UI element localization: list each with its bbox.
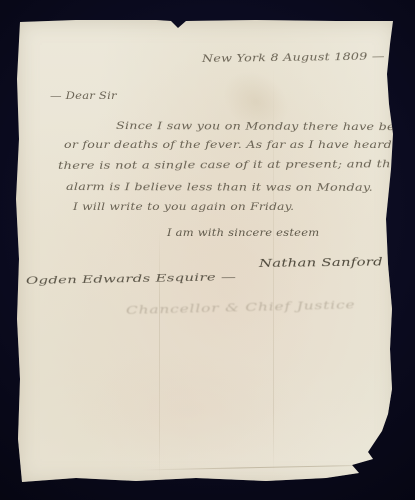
pencil-annotation: Chancellor & Chief Justice	[126, 299, 356, 316]
paper-stain-bottom	[76, 349, 296, 469]
letter-salutation: — Dear Sir	[50, 91, 117, 102]
letter-paper: New York 8 August 1809 — — Dear Sir Sinc…	[16, 19, 398, 485]
letter-body-line-2: or four deaths of the fever. As far as I…	[64, 141, 392, 151]
letter-photograph: New York 8 August 1809 — — Dear Sir Sinc…	[0, 0, 415, 500]
letter-body-line-3: there is not a single case of it at pres…	[58, 160, 399, 172]
letter-body-line-5: I will write to you again on Friday.	[73, 203, 294, 213]
letter-signature: Nathan Sanford	[259, 256, 383, 269]
letter-closing: I am with sincere esteem	[167, 229, 319, 239]
letter-addressee: Ogden Edwards Esquire —	[26, 272, 237, 286]
letter-body-line-4: alarm is I believe less than it was on M…	[66, 183, 373, 194]
letter-body-line-1: Since I saw you on Monday there have bee…	[116, 122, 415, 133]
letter-dateline: New York 8 August 1809 —	[202, 52, 385, 65]
